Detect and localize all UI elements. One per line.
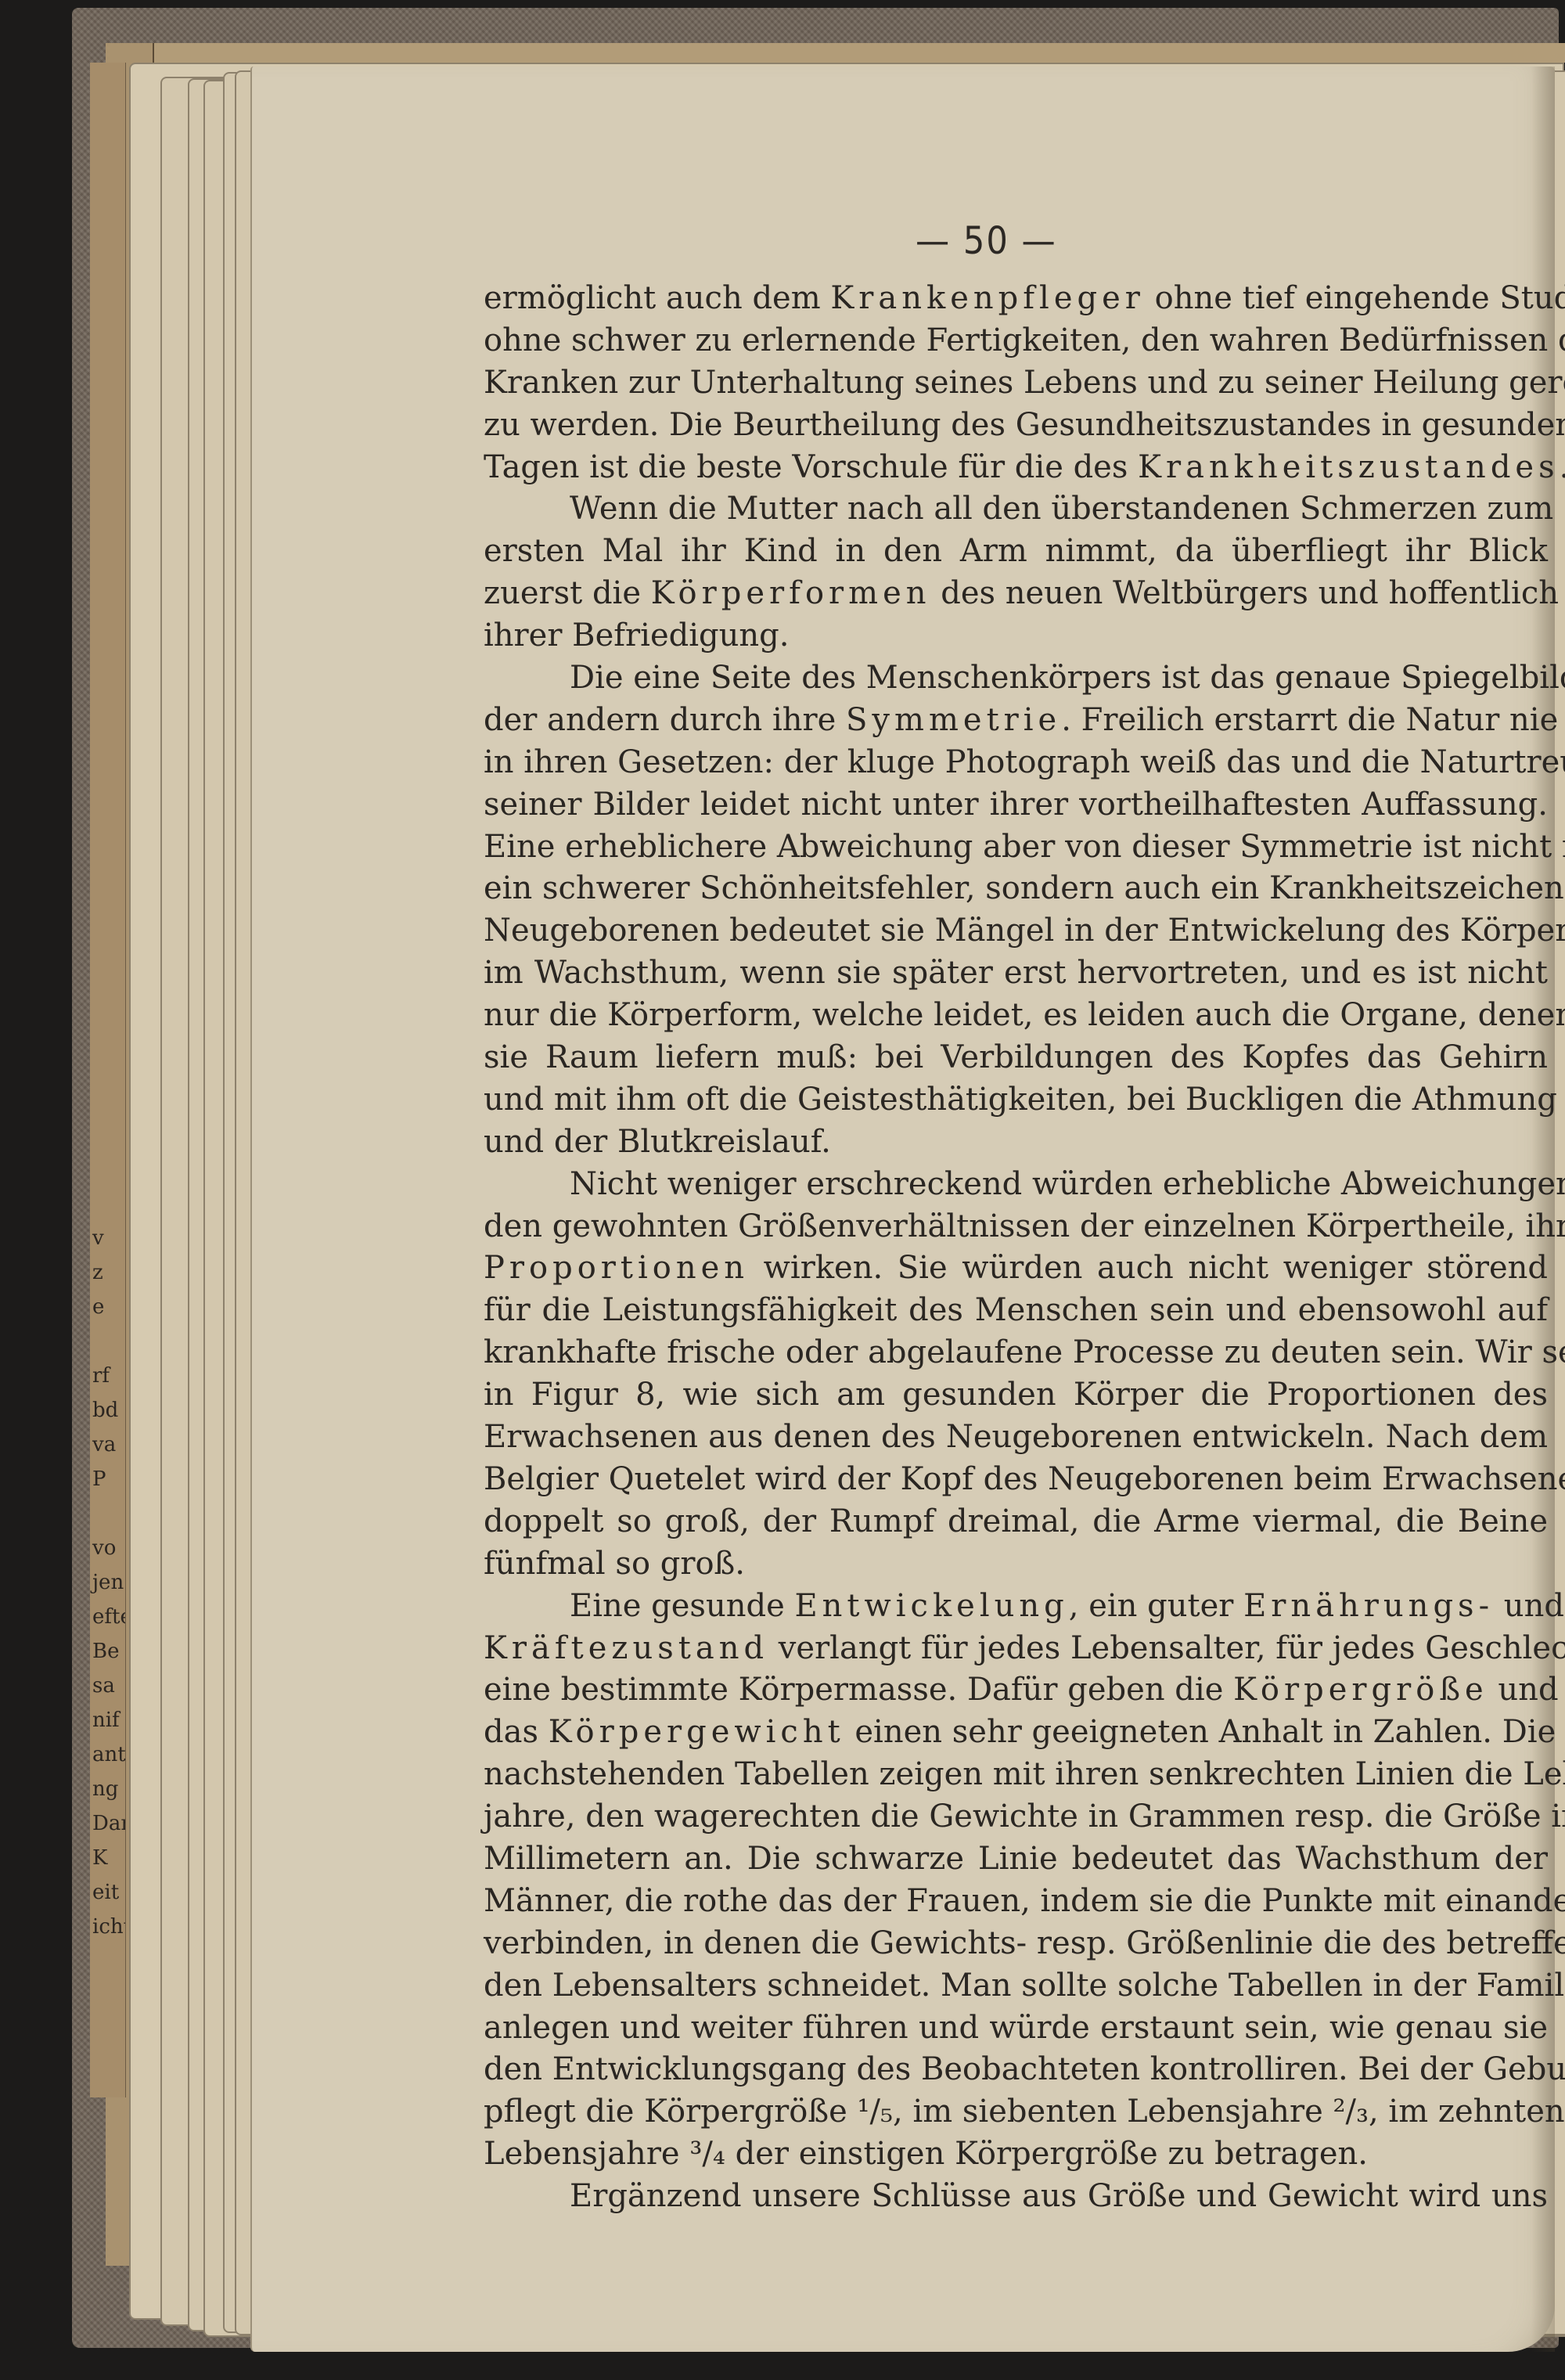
text-line: den gewohnten Größenverhältnissen der ei… bbox=[484, 1206, 1548, 1248]
text-line: sie Raum liefern muß: bei Verbildungen d… bbox=[484, 1037, 1548, 1079]
text-line: Wenn die Mutter nach all den überstanden… bbox=[484, 488, 1548, 531]
text-line: Belgier Quetelet wird der Kopf des Neuge… bbox=[484, 1459, 1548, 1501]
text-line: anlegen und weiter führen und würde erst… bbox=[484, 2007, 1548, 2050]
text-line: ihrer Befriedigung. bbox=[484, 615, 1548, 657]
text-line: Lebensjahre ³/₄ der einstigen Körpergröß… bbox=[484, 2133, 1548, 2176]
text-line: verbinden, in denen die Gewichts- resp. … bbox=[484, 1923, 1548, 1965]
text-line: nachstehenden Tabellen zeigen mit ihren … bbox=[484, 1754, 1548, 1796]
text-line: in ihren Gesetzen: der kluge Photograph … bbox=[484, 742, 1548, 784]
text-line: ersten Mal ihr Kind in den Arm nimmt, da… bbox=[484, 531, 1548, 573]
text-line: Eine erheblichere Abweichung aber von di… bbox=[484, 826, 1548, 869]
text-line: und mit ihm oft die Geistesthätigkeiten,… bbox=[484, 1079, 1548, 1122]
verso-text-fragments: v z e rf bd va P vo jen efte Be sa nif a… bbox=[92, 1221, 125, 1944]
text-line: Tagen ist die beste Vorschule für die de… bbox=[484, 447, 1548, 489]
text-line: ermöglicht auch dem Krankenpfleger ohne … bbox=[484, 278, 1548, 320]
text-line: Proportionen wirken. Sie würden auch nic… bbox=[484, 1248, 1548, 1290]
text-line: zuerst die Körperformen des neuen Weltbü… bbox=[484, 573, 1548, 615]
emphasis-spaced: Kräftezustand bbox=[484, 1630, 768, 1666]
text-line: Erwachsenen aus denen des Neugeborenen e… bbox=[484, 1417, 1548, 1459]
text-line: im Wachsthum, wenn sie später erst hervo… bbox=[484, 952, 1548, 995]
text-line: pflegt die Körpergröße ¹/₅, im siebenten… bbox=[484, 2091, 1548, 2133]
endpaper-top bbox=[110, 43, 1565, 63]
body-text: ermöglicht auch dem Krankenpfleger ohne … bbox=[484, 278, 1548, 2218]
torn-verso-page-strip: v z e rf bd va P vo jen efte Be sa nif a… bbox=[90, 63, 126, 2097]
page-number: — 50 — bbox=[916, 219, 1057, 263]
text-line: für die Leistungsfähigkeit des Menschen … bbox=[484, 1290, 1548, 1332]
text-line: der andern durch ihre Symmetrie. Freilic… bbox=[484, 700, 1548, 742]
text-line: Die eine Seite des Menschenkörpers ist d… bbox=[484, 657, 1548, 700]
emphasis-spaced: Krankenpfleger bbox=[830, 280, 1145, 316]
text-line: Männer, die rothe das der Frauen, indem … bbox=[484, 1881, 1548, 1923]
emphasis-spaced: Körpergröße bbox=[1233, 1672, 1488, 1708]
text-line: zu werden. Die Beurtheilung des Gesundhe… bbox=[484, 405, 1548, 447]
text-line: den Entwicklungsgang des Beobachteten ko… bbox=[484, 2049, 1548, 2091]
text-line: doppelt so groß, der Rumpf dreimal, die … bbox=[484, 1501, 1548, 1543]
text-line: in Figur 8, wie sich am gesunden Körper … bbox=[484, 1374, 1548, 1417]
text-line: nur die Körperform, welche leidet, es le… bbox=[484, 995, 1548, 1037]
text-line: Eine gesunde Entwickelung, ein guter Ern… bbox=[484, 1586, 1548, 1628]
text-line: das Körpergewicht einen sehr geeigneten … bbox=[484, 1712, 1548, 1754]
text-line: Millimetern an. Die schwarze Linie bedeu… bbox=[484, 1838, 1548, 1881]
emphasis-spaced: Symmetrie bbox=[846, 702, 1061, 738]
emphasis-spaced: Krankheitszustandes bbox=[1138, 449, 1560, 485]
text-line: den Lebensalters schneidet. Man sollte s… bbox=[484, 1965, 1548, 2007]
text-line: eine bestimmte Körpermasse. Dafür geben … bbox=[484, 1669, 1548, 1712]
text-line: ohne schwer zu erlernende Fertigkeiten, … bbox=[484, 320, 1548, 362]
emphasis-spaced: Körperformen bbox=[651, 575, 931, 611]
emphasis-spaced: Proportionen bbox=[484, 1250, 749, 1286]
emphasis-spaced: Ernährungs- bbox=[1243, 1588, 1494, 1624]
text-line: jahre, den wagerechten die Gewichte in G… bbox=[484, 1796, 1548, 1838]
emphasis-spaced: Körpergewicht bbox=[549, 1714, 845, 1750]
text-line: Kräftezustand verlangt für jedes Lebensa… bbox=[484, 1628, 1548, 1670]
text-line: Kranken zur Unterhaltung seines Lebens u… bbox=[484, 362, 1548, 405]
text-line: ein schwerer Schönheitsfehler, sondern a… bbox=[484, 868, 1548, 910]
text-line: seiner Bilder leidet nicht unter ihrer v… bbox=[484, 784, 1548, 826]
text-line: Nicht weniger erschreckend würden erhebl… bbox=[484, 1164, 1548, 1206]
text-line: Neugeborenen bedeutet sie Mängel in der … bbox=[484, 910, 1548, 952]
text-line: fünfmal so groß. bbox=[484, 1543, 1548, 1586]
text-line: Ergänzend unsere Schlüsse aus Größe und … bbox=[484, 2176, 1548, 2218]
text-line: und der Blutkreislauf. bbox=[484, 1122, 1548, 1164]
text-line: krankhafte frische oder abgelaufene Proc… bbox=[484, 1332, 1548, 1374]
emphasis-spaced: Entwickelung bbox=[794, 1588, 1068, 1624]
